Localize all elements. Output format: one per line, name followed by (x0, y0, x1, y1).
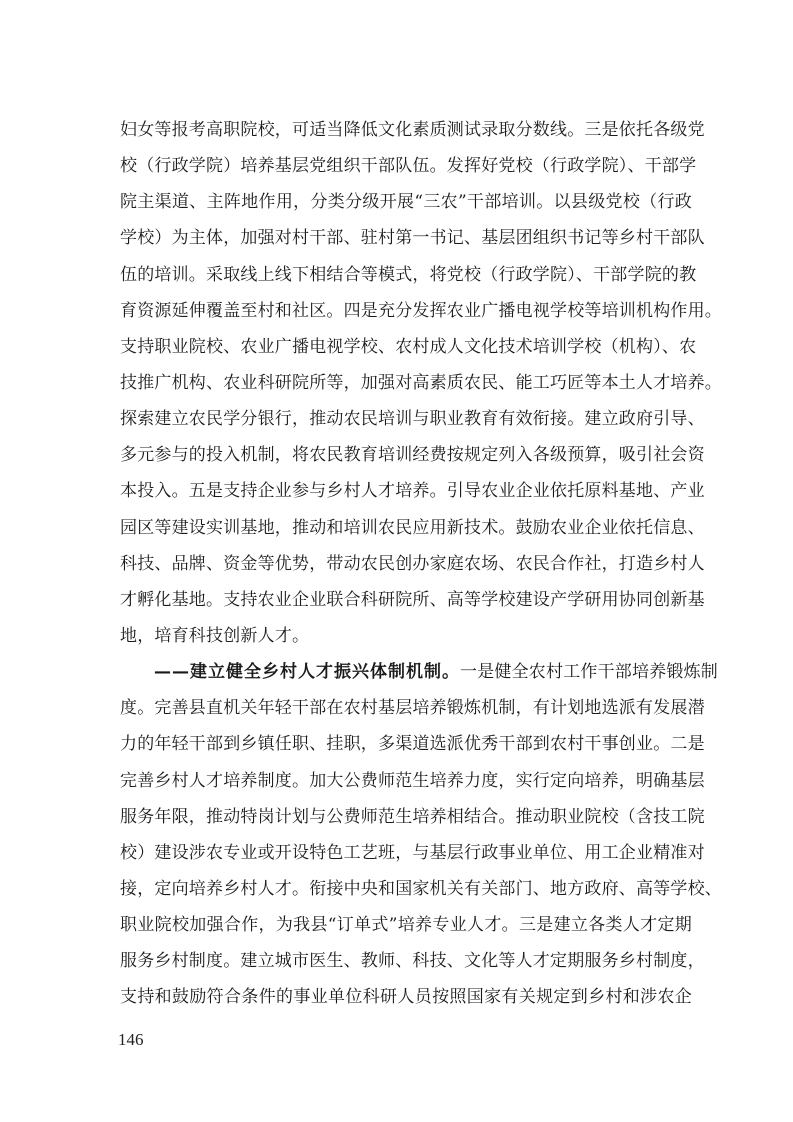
text-line: 接，定向培养乡村人才。衔接中央和国家机关有关部门、地方政府、高等学校、 (120, 871, 692, 907)
text-line: 地，培育科技创新人才。 (120, 618, 692, 654)
text-line: 度。完善县直机关年轻干部在农村基层培养锻炼机制，有计划地选派有发展潜 (120, 690, 692, 726)
text-line: 多元参与的投入机制，将农民教育培训经费按规定列入各级预算，吸引社会资 (120, 437, 692, 473)
text-line: 探索建立农民学分银行，推动农民培训与职业教育有效衔接。建立政府引导、 (120, 401, 692, 437)
text-line: 科技、品牌、资金等优势，带动农民创办家庭农场、农民合作社，打造乡村人 (120, 546, 692, 582)
text-line: 技推广机构、农业科研院所等，加强对高素质农民、能工巧匠等本土人才培养。 (120, 365, 692, 401)
text-line: 院主渠道、主阵地作用，分类分级开展“三农”干部培训。以县级党校（行政 (120, 184, 692, 220)
body-text: 妇女等报考高职院校，可适当降低文化素质测试录取分数线。三是依托各级党 校（行政学… (120, 112, 692, 1016)
section-heading: ——建立健全乡村人才振兴体制机制。 (154, 662, 460, 682)
text-line: 育资源延伸覆盖至村和社区。四是充分发挥农业广播电视学校等培训机构作用。 (120, 293, 692, 329)
section-first-line: ——建立健全乡村人才振兴体制机制。一是健全农村工作干部培养锻炼制 (120, 654, 692, 690)
text-line: 才孵化基地。支持农业企业联合科研院所、高等学校建设产学研用协同创新基 (120, 582, 692, 618)
text-line: 支持职业院校、农业广播电视学校、农村成人文化技术培训学校（机构）、农 (120, 329, 692, 365)
text-line: 职业院校加强合作，为我县“订单式”培养专业人才。三是建立各类人才定期 (120, 907, 692, 943)
document-page: 妇女等报考高职院校，可适当降低文化素质测试录取分数线。三是依托各级党 校（行政学… (0, 0, 793, 1122)
text-line: 园区等建设实训基地，推动和培训农民应用新技术。鼓励农业企业依托信息、 (120, 510, 692, 546)
text-line: 完善乡村人才培养制度。加大公费师范生培养力度，实行定向培养，明确基层 (120, 763, 692, 799)
section-first-line-text: 一是健全农村工作干部培养锻炼制 (460, 662, 718, 682)
text-line: 支持和鼓励符合条件的事业单位科研人员按照国家有关规定到乡村和涉农企 (120, 979, 692, 1015)
text-line: 本投入。五是支持企业参与乡村人才培养。引导农业企业依托原料基地、产业 (120, 473, 692, 509)
text-line: 校（行政学院）培养基层党组织干部队伍。发挥好党校（行政学院）、干部学 (120, 148, 692, 184)
text-line: 力的年轻干部到乡镇任职、挂职，多渠道选派优秀干部到农村干事创业。二是 (120, 726, 692, 762)
text-line: 伍的培训。采取线上线下相结合等模式，将党校（行政学院）、干部学院的教 (120, 257, 692, 293)
page-number: 146 (118, 1030, 144, 1050)
text-line: 妇女等报考高职院校，可适当降低文化素质测试录取分数线。三是依托各级党 (120, 112, 692, 148)
text-line: 学校）为主体，加强对村干部、驻村第一书记、基层团组织书记等乡村干部队 (120, 220, 692, 256)
text-line: 校）建设涉农专业或开设特色工艺班，与基层行政事业单位、用工企业精准对 (120, 835, 692, 871)
text-line: 服务乡村制度。建立城市医生、教师、科技、文化等人才定期服务乡村制度， (120, 943, 692, 979)
text-line: 服务年限，推动特岗计划与公费师范生培养相结合。推动职业院校（含技工院 (120, 799, 692, 835)
